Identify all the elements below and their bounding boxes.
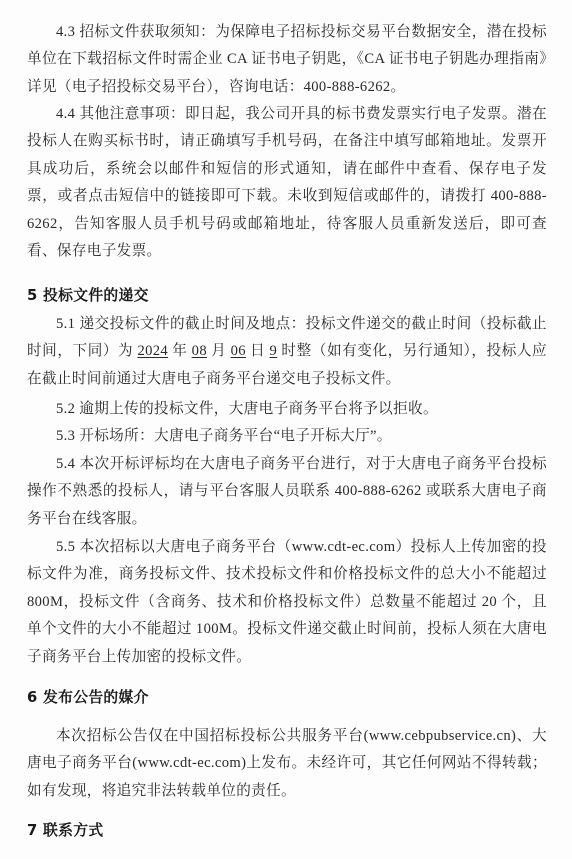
section-heading-5: 5 投标文件的递交	[27, 284, 149, 305]
clause-text: 逾期上传的投标文件，大唐电子商务平台将予以拒收。	[79, 401, 438, 417]
clause-text: 本次开标评标均在大唐电子商务平台进行，对于大唐电子商务平台投标操作不熟悉的投标人…	[27, 456, 547, 527]
paragraph-4-4: 4.4 其他注意事项：即日起，我公司开具的标书费发票实行电子发票。潜在投标人在购…	[27, 101, 547, 265]
deadline-year: 2024	[137, 343, 168, 359]
clause-number: 5.3	[56, 428, 75, 444]
paragraph-4-3: 4.3 招标文件获取须知：为保障电子招标投标交易平台数据安全，潜在投标单位在下载…	[27, 19, 547, 101]
section-heading-6: 6 发布公告的媒介	[27, 686, 149, 707]
clause-number: 4.3	[56, 24, 75, 40]
section-heading-7: 7 联系方式	[27, 819, 103, 840]
day-unit: 日	[246, 343, 270, 359]
clause-number: 5.2	[56, 401, 75, 417]
month-unit: 月	[207, 343, 231, 359]
clause-text: 本次招标公告仅在中国招标投标公共服务平台(www.cebpubservice.c…	[27, 728, 547, 799]
year-unit: 年	[168, 343, 192, 359]
paragraph-5-1: 5.1 递交投标文件的截止时间及地点：投标文件递交的截止时间（投标截止时间，下同…	[27, 311, 547, 393]
clause-number: 5.1	[56, 316, 75, 332]
clause-number: 4.4	[56, 106, 75, 122]
clause-number: 5.4	[56, 456, 75, 472]
clause-text: 招标文件获取须知：为保障电子招标投标交易平台数据安全，潜在投标单位在下载招标文件…	[27, 24, 547, 95]
deadline-day: 06	[231, 343, 246, 359]
paragraph-5-5: 5.5 本次招标以大唐电子商务平台（www.cdt-ec.com）投标人上传加密…	[27, 534, 547, 671]
clause-text: 本次招标以大唐电子商务平台（www.cdt-ec.com）投标人上传加密的投标文…	[27, 539, 547, 665]
deadline-month: 08	[192, 343, 207, 359]
paragraph-5-2: 5.2 逾期上传的投标文件，大唐电子商务平台将予以拒收。	[27, 396, 547, 423]
clause-number: 5.5	[56, 539, 75, 555]
document-page: 4.3 招标文件获取须知：为保障电子招标投标交易平台数据安全，潜在投标单位在下载…	[0, 0, 572, 859]
clause-text: 其他注意事项：即日起，我公司开具的标书费发票实行电子发票。潜在投标人在购买标书时…	[27, 106, 547, 259]
paragraph-6: 本次招标公告仅在中国招标投标公共服务平台(www.cebpubservice.c…	[27, 723, 547, 805]
clause-text: 开标场所：大唐电子商务平台“电子开标大厅”。	[79, 428, 392, 444]
paragraph-5-3: 5.3 开标场所：大唐电子商务平台“电子开标大厅”。	[27, 423, 547, 450]
paragraph-5-4: 5.4 本次开标评标均在大唐电子商务平台进行，对于大唐电子商务平台投标操作不熟悉…	[27, 451, 547, 533]
